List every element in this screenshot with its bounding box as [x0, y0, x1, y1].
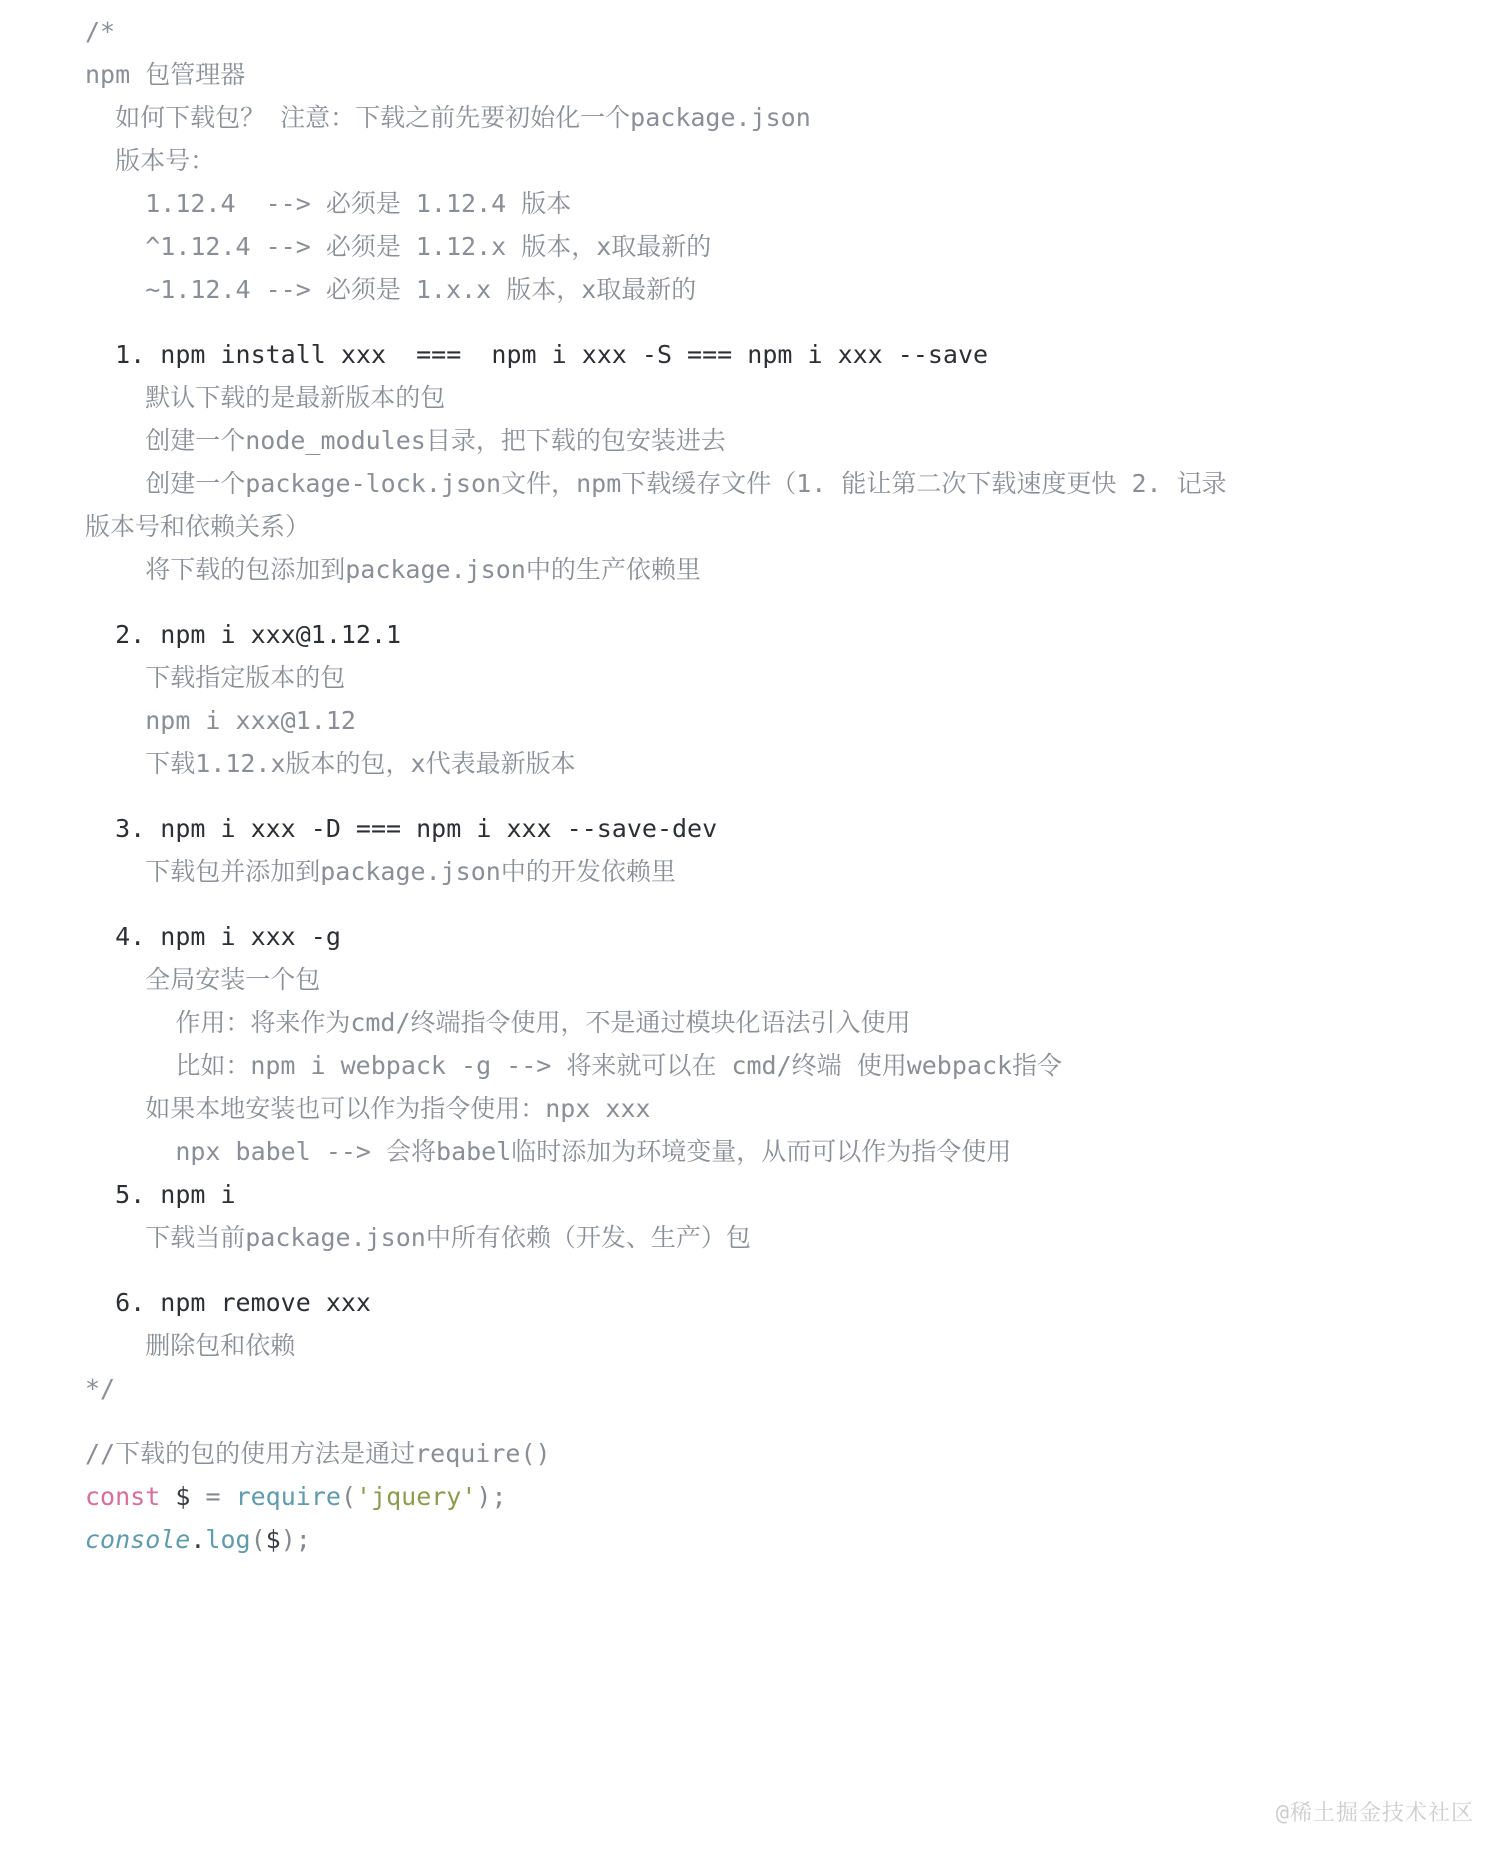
- code-line: npm i xxx@1.12: [85, 699, 1494, 742]
- code-line: 1.12.4 --> 必须是 1.12.4 版本: [85, 182, 1494, 225]
- code-segment-command: 4. npm i xxx -g: [85, 922, 341, 951]
- code-line: 下载当前package.json中所有依赖（开发、生产）包: [85, 1216, 1494, 1259]
- code-line: 下载1.12.x版本的包，x代表最新版本: [85, 742, 1494, 785]
- code-segment-comment: 全局安装一个包: [85, 965, 320, 994]
- code-segment-plain: $: [175, 1482, 190, 1511]
- code-line: 比如：npm i webpack -g --> 将来就可以在 cmd/终端 使用…: [85, 1044, 1494, 1087]
- code-segment-plain: $: [266, 1525, 281, 1554]
- code-segment-comment: 创建一个node_modules目录，把下载的包安装进去: [85, 426, 726, 455]
- code-segment-punct: ;: [296, 1525, 311, 1554]
- code-line: 2. npm i xxx@1.12.1: [85, 613, 1494, 656]
- code-blank-line: [85, 591, 1494, 613]
- code-segment-comment: npx babel --> 会将babel临时添加为环境变量，从而可以作为指令使…: [85, 1137, 1011, 1166]
- code-segment-func: log: [205, 1525, 250, 1554]
- code-line: 版本号：: [85, 139, 1494, 182]
- code-line: 创建一个package-lock.json文件，npm下载缓存文件（1. 能让第…: [85, 462, 1494, 505]
- code-segment-comment: 创建一个package-lock.json文件，npm下载缓存文件（1. 能让第…: [85, 469, 1227, 498]
- page: { "colors": { "background": "#ffffff", "…: [0, 0, 1512, 1865]
- code-line: 1. npm install xxx === npm i xxx -S === …: [85, 333, 1494, 376]
- code-segment-comment: //下载的包的使用方法是通过require(): [85, 1439, 551, 1468]
- code-segment-comment: 如果本地安装也可以作为指令使用：npx xxx: [85, 1094, 651, 1123]
- code-segment-comment: 版本号：: [85, 146, 215, 175]
- code-segment-comment: ~1.12.4 --> 必须是 1.x.x 版本，x取最新的: [85, 275, 696, 304]
- code-line: console.log($);: [85, 1518, 1494, 1561]
- code-segment-comment: 删除包和依赖: [85, 1331, 295, 1360]
- code-segment-comment: 比如：npm i webpack -g --> 将来就可以在 cmd/终端 使用…: [85, 1051, 1062, 1080]
- code-segment-command: 5. npm i: [85, 1180, 236, 1209]
- code-line: ~1.12.4 --> 必须是 1.x.x 版本，x取最新的: [85, 268, 1494, 311]
- code-segment-punct: (: [341, 1482, 356, 1511]
- code-segment-funcItalic: console: [85, 1525, 190, 1554]
- code-line: 默认下载的是最新版本的包: [85, 376, 1494, 419]
- code-line: //下载的包的使用方法是通过require(): [85, 1432, 1494, 1475]
- juejin-watermark: @稀土掘金技术社区: [1276, 1796, 1474, 1827]
- code-line: 6. npm remove xxx: [85, 1281, 1494, 1324]
- code-segment-command: 1. npm install xxx === npm i xxx -S === …: [85, 340, 988, 369]
- code-segment-plain: .: [190, 1525, 205, 1554]
- code-line: 全局安装一个包: [85, 958, 1494, 1001]
- code-line: 如果本地安装也可以作为指令使用：npx xxx: [85, 1087, 1494, 1130]
- code-segment-plain: [190, 1482, 205, 1511]
- code-block: /*npm 包管理器 如何下载包？ 注意：下载之前先要初始化一个package.…: [0, 0, 1512, 1561]
- code-line: 下载指定版本的包: [85, 656, 1494, 699]
- code-segment-comment: 如何下载包？ 注意：下载之前先要初始化一个package.json: [85, 103, 811, 132]
- code-line: 下载包并添加到package.json中的开发依赖里: [85, 850, 1494, 893]
- code-line: 版本号和依赖关系）: [85, 505, 1494, 548]
- code-segment-comment: 下载1.12.x版本的包，x代表最新版本: [85, 749, 576, 778]
- code-segment-comment: 将下载的包添加到package.json中的生产依赖里: [85, 555, 701, 584]
- code-segment-punct: ;: [491, 1482, 506, 1511]
- code-line: 5. npm i: [85, 1173, 1494, 1216]
- code-blank-line: [85, 1259, 1494, 1281]
- code-segment-comment: 下载当前package.json中所有依赖（开发、生产）包: [85, 1223, 751, 1252]
- code-segment-command: 6. npm remove xxx: [85, 1288, 371, 1317]
- code-line: npm 包管理器: [85, 53, 1494, 96]
- code-line: /*: [85, 10, 1494, 53]
- code-segment-comment: 下载包并添加到package.json中的开发依赖里: [85, 857, 676, 886]
- code-segment-comment: ^1.12.4 --> 必须是 1.12.x 版本，x取最新的: [85, 232, 711, 261]
- code-blank-line: [85, 893, 1494, 915]
- code-segment-punct: ): [476, 1482, 491, 1511]
- code-line: 如何下载包？ 注意：下载之前先要初始化一个package.json: [85, 96, 1494, 139]
- code-line: 作用：将来作为cmd/终端指令使用，不是通过模块化语法引入使用: [85, 1001, 1494, 1044]
- code-segment-punct: =: [205, 1482, 220, 1511]
- code-segment-command: 3. npm i xxx -D === npm i xxx --save-dev: [85, 814, 717, 843]
- code-blank-line: [85, 1410, 1494, 1432]
- code-segment-comment: 1.12.4 --> 必须是 1.12.4 版本: [85, 189, 571, 218]
- code-segment-comment: /*: [85, 17, 115, 46]
- code-line: */: [85, 1367, 1494, 1410]
- code-segment-comment: npm 包管理器: [85, 60, 245, 89]
- code-line: ^1.12.4 --> 必须是 1.12.x 版本，x取最新的: [85, 225, 1494, 268]
- code-line: 创建一个node_modules目录，把下载的包安装进去: [85, 419, 1494, 462]
- code-segment-string: 'jquery': [356, 1482, 476, 1511]
- code-blank-line: [85, 785, 1494, 807]
- code-segment-plain: [221, 1482, 236, 1511]
- code-segment-punct: ): [281, 1525, 296, 1554]
- code-segment-punct: (: [251, 1525, 266, 1554]
- code-segment-command: 2. npm i xxx@1.12.1: [85, 620, 401, 649]
- code-line: 删除包和依赖: [85, 1324, 1494, 1367]
- code-line: 3. npm i xxx -D === npm i xxx --save-dev: [85, 807, 1494, 850]
- code-line: 4. npm i xxx -g: [85, 915, 1494, 958]
- code-line: npx babel --> 会将babel临时添加为环境变量，从而可以作为指令使…: [85, 1130, 1494, 1173]
- code-segment-keyword: const: [85, 1482, 160, 1511]
- code-blank-line: [85, 311, 1494, 333]
- code-segment-comment: 默认下载的是最新版本的包: [85, 383, 445, 412]
- code-segment-comment: 下载指定版本的包: [85, 663, 345, 692]
- code-segment-comment: npm i xxx@1.12: [85, 706, 356, 735]
- code-line: const $ = require('jquery');: [85, 1475, 1494, 1518]
- code-line: 将下载的包添加到package.json中的生产依赖里: [85, 548, 1494, 591]
- code-segment-comment: */: [85, 1374, 115, 1403]
- code-segment-comment: 版本号和依赖关系）: [85, 512, 310, 541]
- code-segment-plain: [160, 1482, 175, 1511]
- code-segment-comment: 作用：将来作为cmd/终端指令使用，不是通过模块化语法引入使用: [85, 1008, 911, 1037]
- code-segment-func: require: [236, 1482, 341, 1511]
